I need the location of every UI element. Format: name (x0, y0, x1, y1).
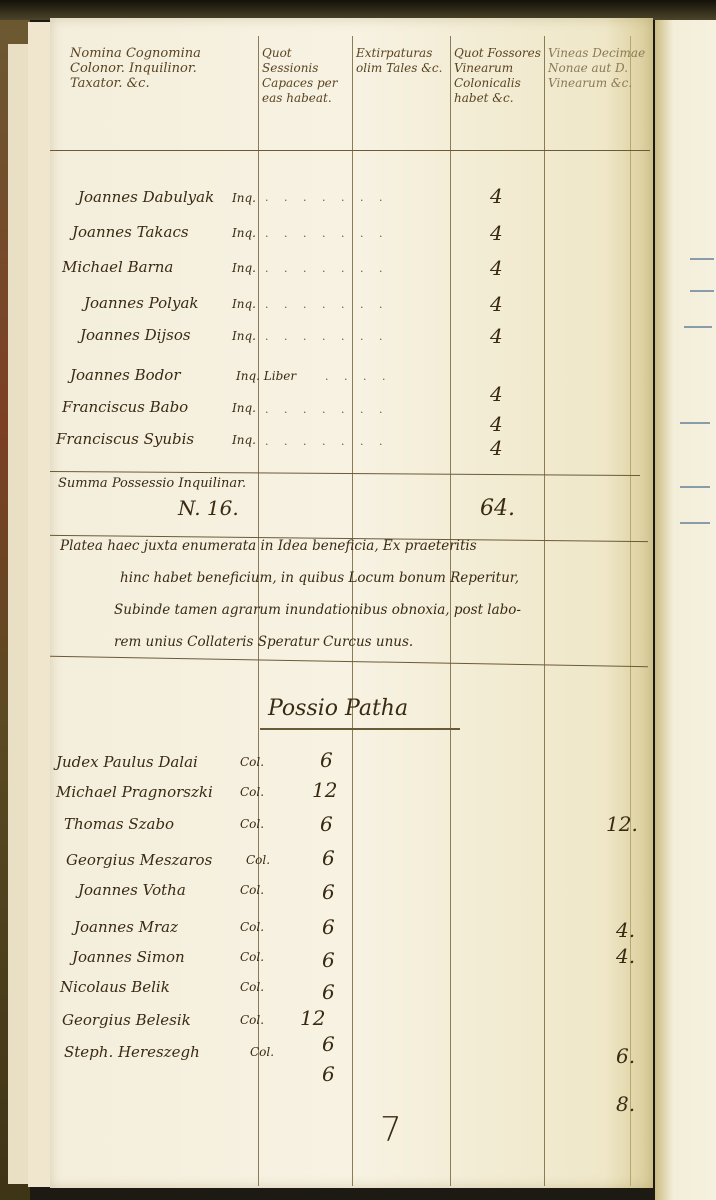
row-name: Joannes Bodor (70, 366, 181, 384)
row-status: Col. (240, 1013, 264, 1027)
header-rule (50, 150, 650, 151)
title-underline (260, 728, 460, 730)
row-name: Nicolaus Belik (60, 978, 170, 996)
dot-leader: · · · · · · · (265, 301, 388, 314)
column-header-extirpatures: Extirpaturas olim Tales &c. (356, 46, 446, 76)
summary-label: Summa Possessio Inquilinar. (58, 476, 258, 491)
row-status: Inq. (232, 329, 256, 343)
row-name: Judex Paulus Dalai (56, 753, 198, 771)
row-value-col2: 6 (320, 812, 333, 836)
row-value-col2: 6 (322, 948, 335, 972)
row-value: 4 (490, 292, 503, 316)
row-value: 4 (490, 324, 503, 348)
row-status: Inq. (232, 226, 256, 240)
row-status: Col. (250, 1045, 274, 1059)
row-status: Col. (246, 853, 270, 867)
row-value: 4 (490, 436, 503, 460)
column-rule (630, 36, 631, 1186)
pencil-mark (690, 258, 714, 260)
row-status: Col. (240, 950, 264, 964)
row-name: Joannes Dabulyak (78, 188, 214, 206)
column-rule (544, 36, 545, 1186)
dot-leader: · · · · · · · (265, 438, 388, 451)
pencil-mark (680, 422, 710, 424)
section-title: Possio Patha (268, 696, 408, 721)
row-value-col2: 12 (300, 1006, 325, 1030)
facing-page (655, 10, 716, 1200)
row-name: Michael Barna (62, 258, 173, 276)
note-line: Subinde tamen agrarum inundationibus obn… (114, 602, 521, 618)
row-value-col2: 6 (322, 1032, 335, 1056)
dot-leader: · · · · · · · (265, 406, 388, 419)
row-value-col2: 6 (322, 880, 335, 904)
dot-leader: · · · · (325, 373, 391, 386)
pencil-mark (684, 326, 712, 328)
note-rule (50, 656, 648, 667)
pencil-mark (690, 290, 714, 292)
manuscript-page: Nomina Cognomina Colonor. Inquilinor. Ta… (50, 18, 653, 1188)
row-status: Col. (240, 920, 264, 934)
row-value-col5: 8. (616, 1092, 635, 1116)
row-value: 4 (490, 221, 503, 245)
page-number: 7 (380, 1110, 402, 1150)
row-name: Georgius Belesik (62, 1011, 191, 1029)
dot-leader: · · · · · · · (265, 333, 388, 346)
row-status: Col. (240, 980, 264, 994)
row-name: Joannes Dijsos (80, 326, 191, 344)
row-value-col5: 4. (616, 918, 635, 942)
dot-leader: · · · · · · · (265, 265, 388, 278)
row-name: Steph. Hereszegh (64, 1043, 200, 1061)
row-status: Inq. (232, 433, 256, 447)
row-value-col2: 6 (322, 846, 335, 870)
row-value-col2: 6 (320, 748, 333, 772)
row-value: 4 (490, 412, 503, 436)
column-header-names: Nomina Cognomina Colonor. Inquilinor. Ta… (70, 46, 250, 91)
row-value-col2: 12 (312, 778, 337, 802)
row-name: Franciscus Syubis (56, 430, 194, 448)
row-status: Col. (240, 817, 264, 831)
row-value-col2: 6 (322, 980, 335, 1004)
row-status: Inq. (232, 261, 256, 275)
row-name: Franciscus Babo (62, 398, 188, 416)
row-value-col5: 12. (606, 812, 638, 836)
row-value-col5: 4. (616, 944, 635, 968)
pencil-mark (680, 522, 710, 524)
note-line: hinc habet beneficium, in quibus Locum b… (120, 570, 519, 586)
row-name: Thomas Szabo (64, 815, 174, 833)
row-name: Joannes Simon (72, 948, 185, 966)
summary-total: 64. (480, 496, 515, 521)
row-name: Michael Pragnorszki (56, 783, 213, 801)
column-header-fossores: Quot Fossores Vinearum Colonicalis habet… (454, 46, 542, 106)
column-header-sessions: Quot Sessionis Capaces per eas habeat. (262, 46, 350, 106)
dot-leader: · · · · · · · (265, 230, 388, 243)
row-status: Col. (240, 883, 264, 897)
row-status: Inq. (232, 401, 256, 415)
row-status: Inq. (232, 191, 256, 205)
row-status: Col. (240, 755, 264, 769)
scan-top-edge (0, 0, 716, 20)
row-value-col2: 6 (322, 915, 335, 939)
row-name: Joannes Votha (78, 881, 186, 899)
row-value: 4 (490, 256, 503, 280)
row-name: Joannes Mraz (74, 918, 178, 936)
row-value: 4 (490, 382, 503, 406)
column-header-vineas: Vineas Decimae Nonae aut D. Vinearum &c. (548, 46, 648, 91)
row-status: Col. (240, 785, 264, 799)
row-value-col2: 6 (322, 1062, 335, 1086)
row-status: Inq. Liber (236, 369, 296, 383)
dot-leader: · · · · · · · (265, 194, 388, 207)
row-value-col5: 6. (616, 1044, 635, 1068)
row-name: Georgius Meszaros (66, 851, 212, 869)
row-value: 4 (490, 184, 503, 208)
note-line: rem unius Collateris Speratur Curcus unu… (114, 634, 413, 650)
summary-count: N. 16. (178, 496, 239, 520)
note-line: Platea haec juxta enumerata in Idea bene… (60, 538, 477, 554)
row-status: Inq. (232, 297, 256, 311)
row-name: Joannes Takacs (72, 223, 189, 241)
row-name: Joannes Polyak (84, 294, 198, 312)
pencil-mark (680, 486, 710, 488)
